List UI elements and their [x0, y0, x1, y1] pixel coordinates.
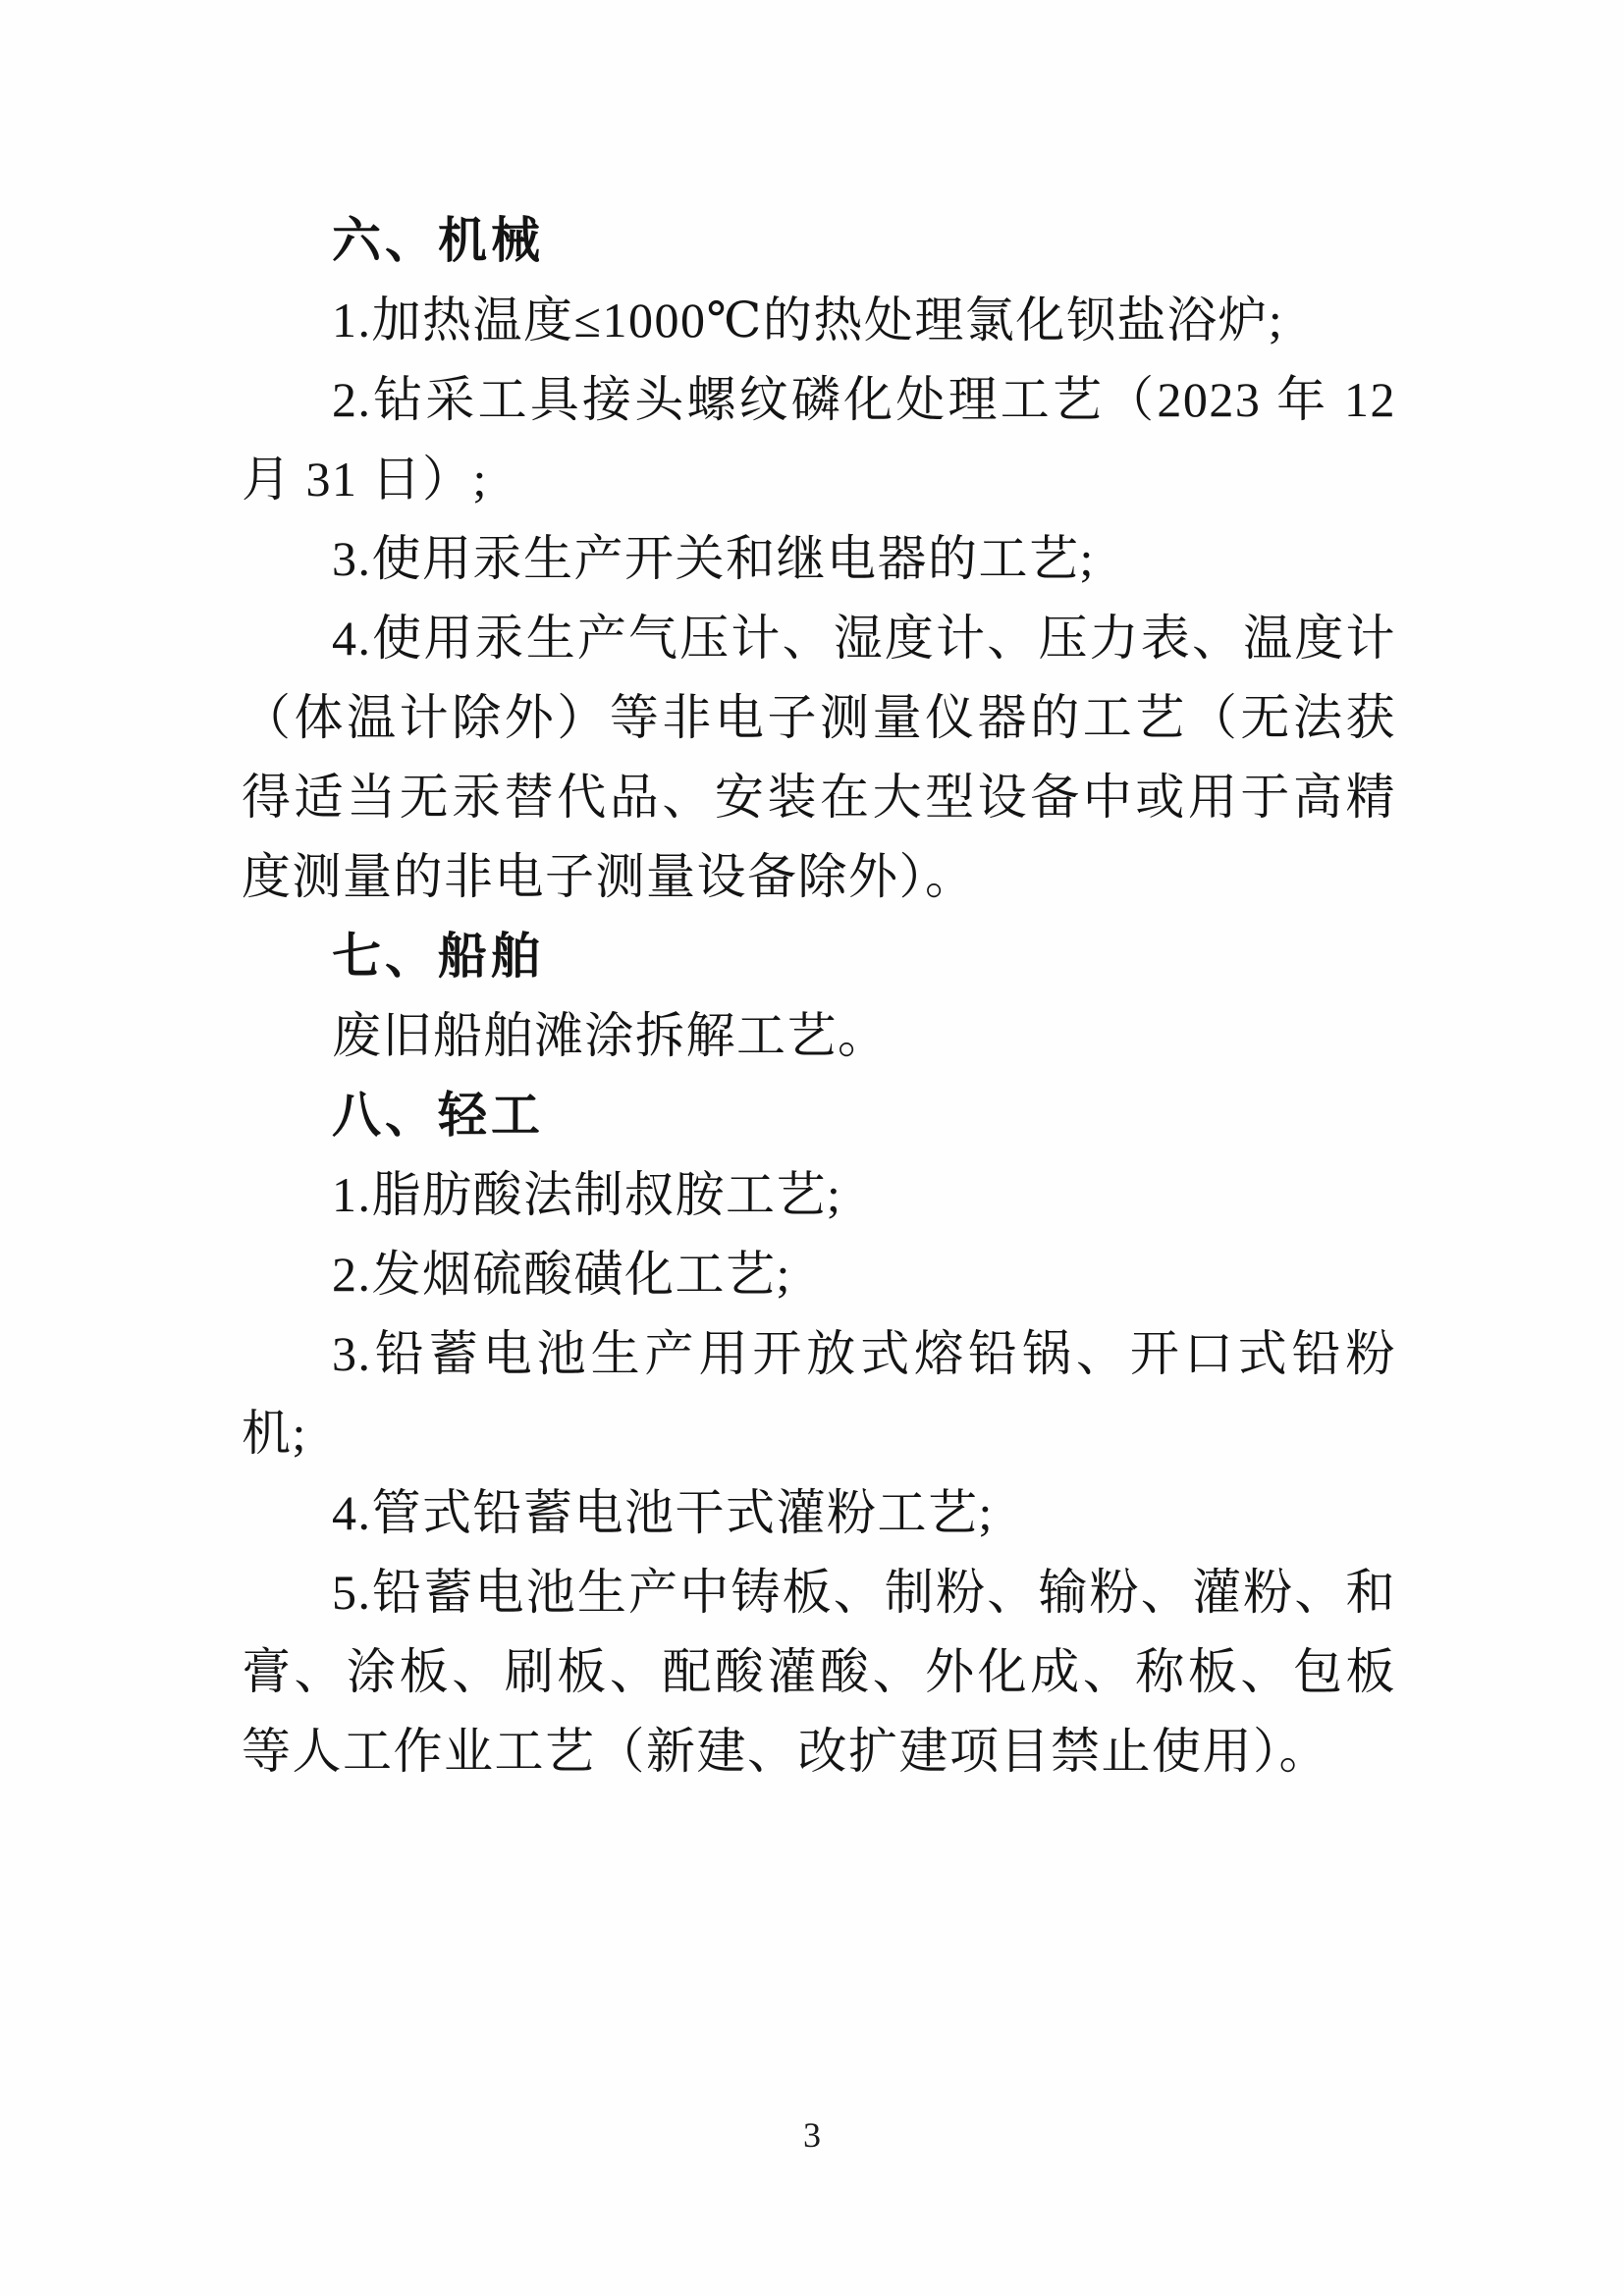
machinery-item-2: 2.钻采工具接头螺纹磷化处理工艺（2023 年 12 月 31 日）; — [242, 360, 1396, 519]
machinery-item-1: 1.加热温度≤1000℃的热处理氯化钡盐浴炉; — [242, 281, 1396, 360]
ships-item-1: 废旧船舶滩涂拆解工艺。 — [242, 996, 1396, 1076]
machinery-item-4: 4.使用汞生产气压计、湿度计、压力表、温度计（体温计除外）等非电子测量仪器的工艺… — [242, 599, 1396, 917]
light-industry-item-3: 3.铅蓄电池生产用开放式熔铅锅、开口式铅粉机; — [242, 1314, 1396, 1473]
light-industry-item-1: 1.脂肪酸法制叔胺工艺; — [242, 1155, 1396, 1235]
section-heading-light-industry: 八、轻工 — [242, 1076, 1396, 1155]
section-heading-ships: 七、船舶 — [242, 917, 1396, 996]
light-industry-item-4: 4.管式铅蓄电池干式灌粉工艺; — [242, 1473, 1396, 1553]
page-number: 3 — [803, 2115, 821, 2155]
light-industry-item-2: 2.发烟硫酸磺化工艺; — [242, 1235, 1396, 1314]
page-footer: 3 — [0, 2112, 1624, 2158]
section-heading-machinery: 六、机械 — [242, 201, 1396, 281]
machinery-item-3: 3.使用汞生产开关和继电器的工艺; — [242, 519, 1396, 599]
light-industry-item-5: 5.铅蓄电池生产中铸板、制粉、输粉、灌粉、和膏、涂板、刷板、配酸灌酸、外化成、称… — [242, 1553, 1396, 1791]
document-page: 六、机械 1.加热温度≤1000℃的热处理氯化钡盐浴炉; 2.钻采工具接头螺纹磷… — [0, 0, 1624, 2296]
document-body: 六、机械 1.加热温度≤1000℃的热处理氯化钡盐浴炉; 2.钻采工具接头螺纹磷… — [242, 201, 1396, 1791]
